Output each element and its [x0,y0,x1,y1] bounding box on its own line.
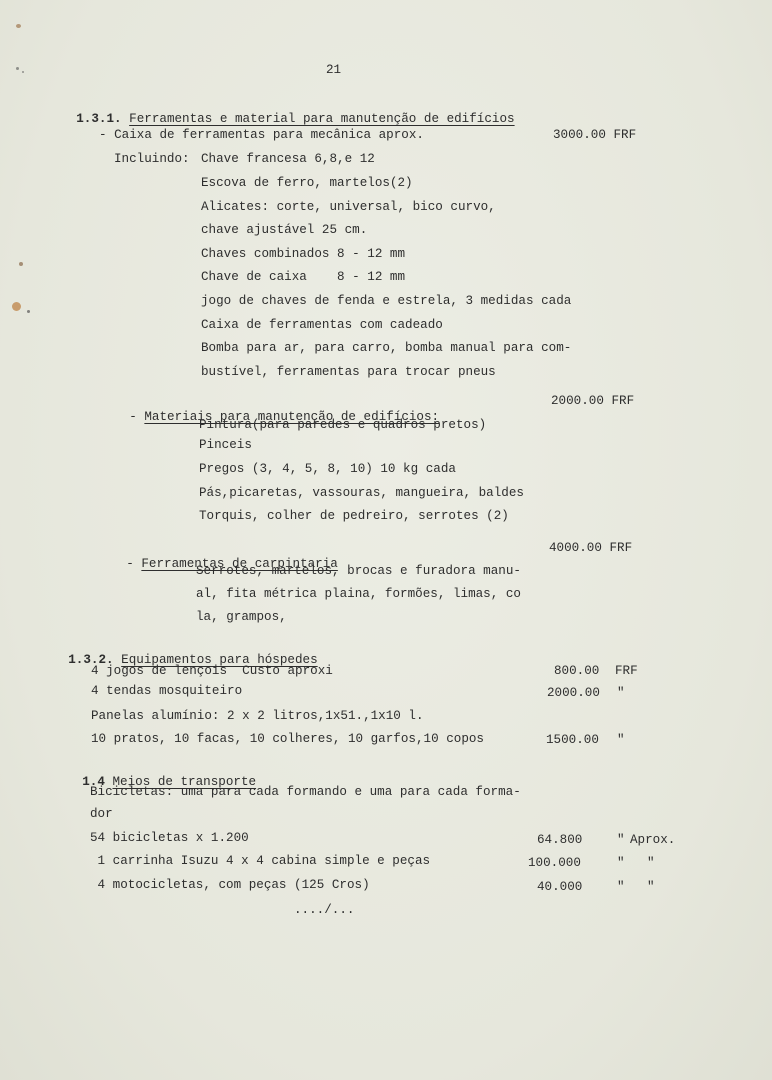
list-item: Caixa de ferramentas com cadeado [201,317,443,333]
table-row-note: " [647,855,655,871]
list-item: Pinceis [199,437,252,453]
section-number: 1.3.1. [76,112,121,126]
list-item: Escova de ferro, martelos(2) [201,175,413,191]
list-item: Pintura(para paredes e quadros pretos) [199,417,486,433]
list-item: la, grampos, [196,609,287,625]
list-item: Serrotes, martelos, brocas e furadora ma… [196,563,521,579]
stain-mark [19,262,23,266]
list-item: Torquis, colher de pedreiro, serrotes (2… [199,508,509,524]
document-page: 21 1.3.1. Ferramentas e material para ma… [0,0,772,1080]
table-row-text: Panelas alumínio: 2 x 2 litros,1x51.,1x1… [91,708,424,724]
table-row-text: 4 jogos de lençois Custo aproxi [91,663,333,679]
stain-mark [22,71,24,73]
table-row-unit: " [617,879,625,895]
includes-label: Incluindo: [114,151,190,167]
table-row-text: 54 bicicletas x 1.200 [90,830,249,846]
intro-line: Bicicletas: uma para cada formando e uma… [90,784,521,800]
table-row-unit: " [617,832,625,848]
intro-line: dor [90,806,113,822]
table-row-amount: 100.000 [528,855,581,871]
list-item: Pás,picaretas, vassouras, mangueira, bal… [199,485,524,501]
table-row-amount: 40.000 [537,879,582,895]
stain-mark [16,67,19,70]
table-row-note: " [647,879,655,895]
list-item: Chave de caixa 8 - 12 mm [201,269,405,285]
stain-mark [16,24,21,28]
item-amount: 2000.00 FRF [551,393,634,409]
item-dash: - [126,557,141,571]
item-dash: - [129,410,144,424]
list-item: Bomba para ar, para carro, bomba manual … [201,340,571,356]
table-row-amount: 64.800 [537,832,582,848]
stain-mark [12,302,21,311]
table-row-amount: 800.00 [554,663,599,679]
item-amount: 4000.00 FRF [549,540,632,556]
section-title: Ferramentas e material para manutenção d… [129,112,514,126]
table-row-amount: 2000.00 [547,685,600,701]
list-item: Alicates: corte, universal, bico curvo, [201,199,496,215]
list-item: Pregos (3, 4, 5, 8, 10) 10 kg cada [199,461,456,477]
list-item: Chave francesa 6,8,e 12 [201,151,375,167]
table-row-unit: " [617,855,625,871]
list-item: jogo de chaves de fenda e estrela, 3 med… [201,293,571,309]
continuation-mark: ..../... [294,902,354,918]
table-row-text: 1 carrinha Isuzu 4 x 4 cabina simple e p… [90,853,430,869]
item-amount: 3000.00 FRF [553,127,636,143]
table-row-unit: FRF [615,663,638,679]
list-item: Chaves combinados 8 - 12 mm [201,246,405,262]
table-row-unit: " [617,732,625,748]
table-row-amount: 1500.00 [546,732,599,748]
list-item: bustível, ferramentas para trocar pneus [201,364,496,380]
table-row-text: 4 tendas mosquiteiro [91,683,242,699]
table-row-text: 10 pratos, 10 facas, 10 colheres, 10 gar… [91,731,484,747]
item-label: - Caixa de ferramentas para mecânica apr… [99,127,424,143]
table-row-note: Aprox. [630,832,675,848]
list-item: chave ajustável 25 cm. [201,222,367,238]
table-row-text: 4 motocicletas, com peças (125 Cros) [90,877,370,893]
stain-mark [27,310,30,313]
list-item: al, fita métrica plaina, formões, limas,… [196,586,521,602]
table-row-unit: " [617,685,625,701]
page-number: 21 [326,62,341,78]
